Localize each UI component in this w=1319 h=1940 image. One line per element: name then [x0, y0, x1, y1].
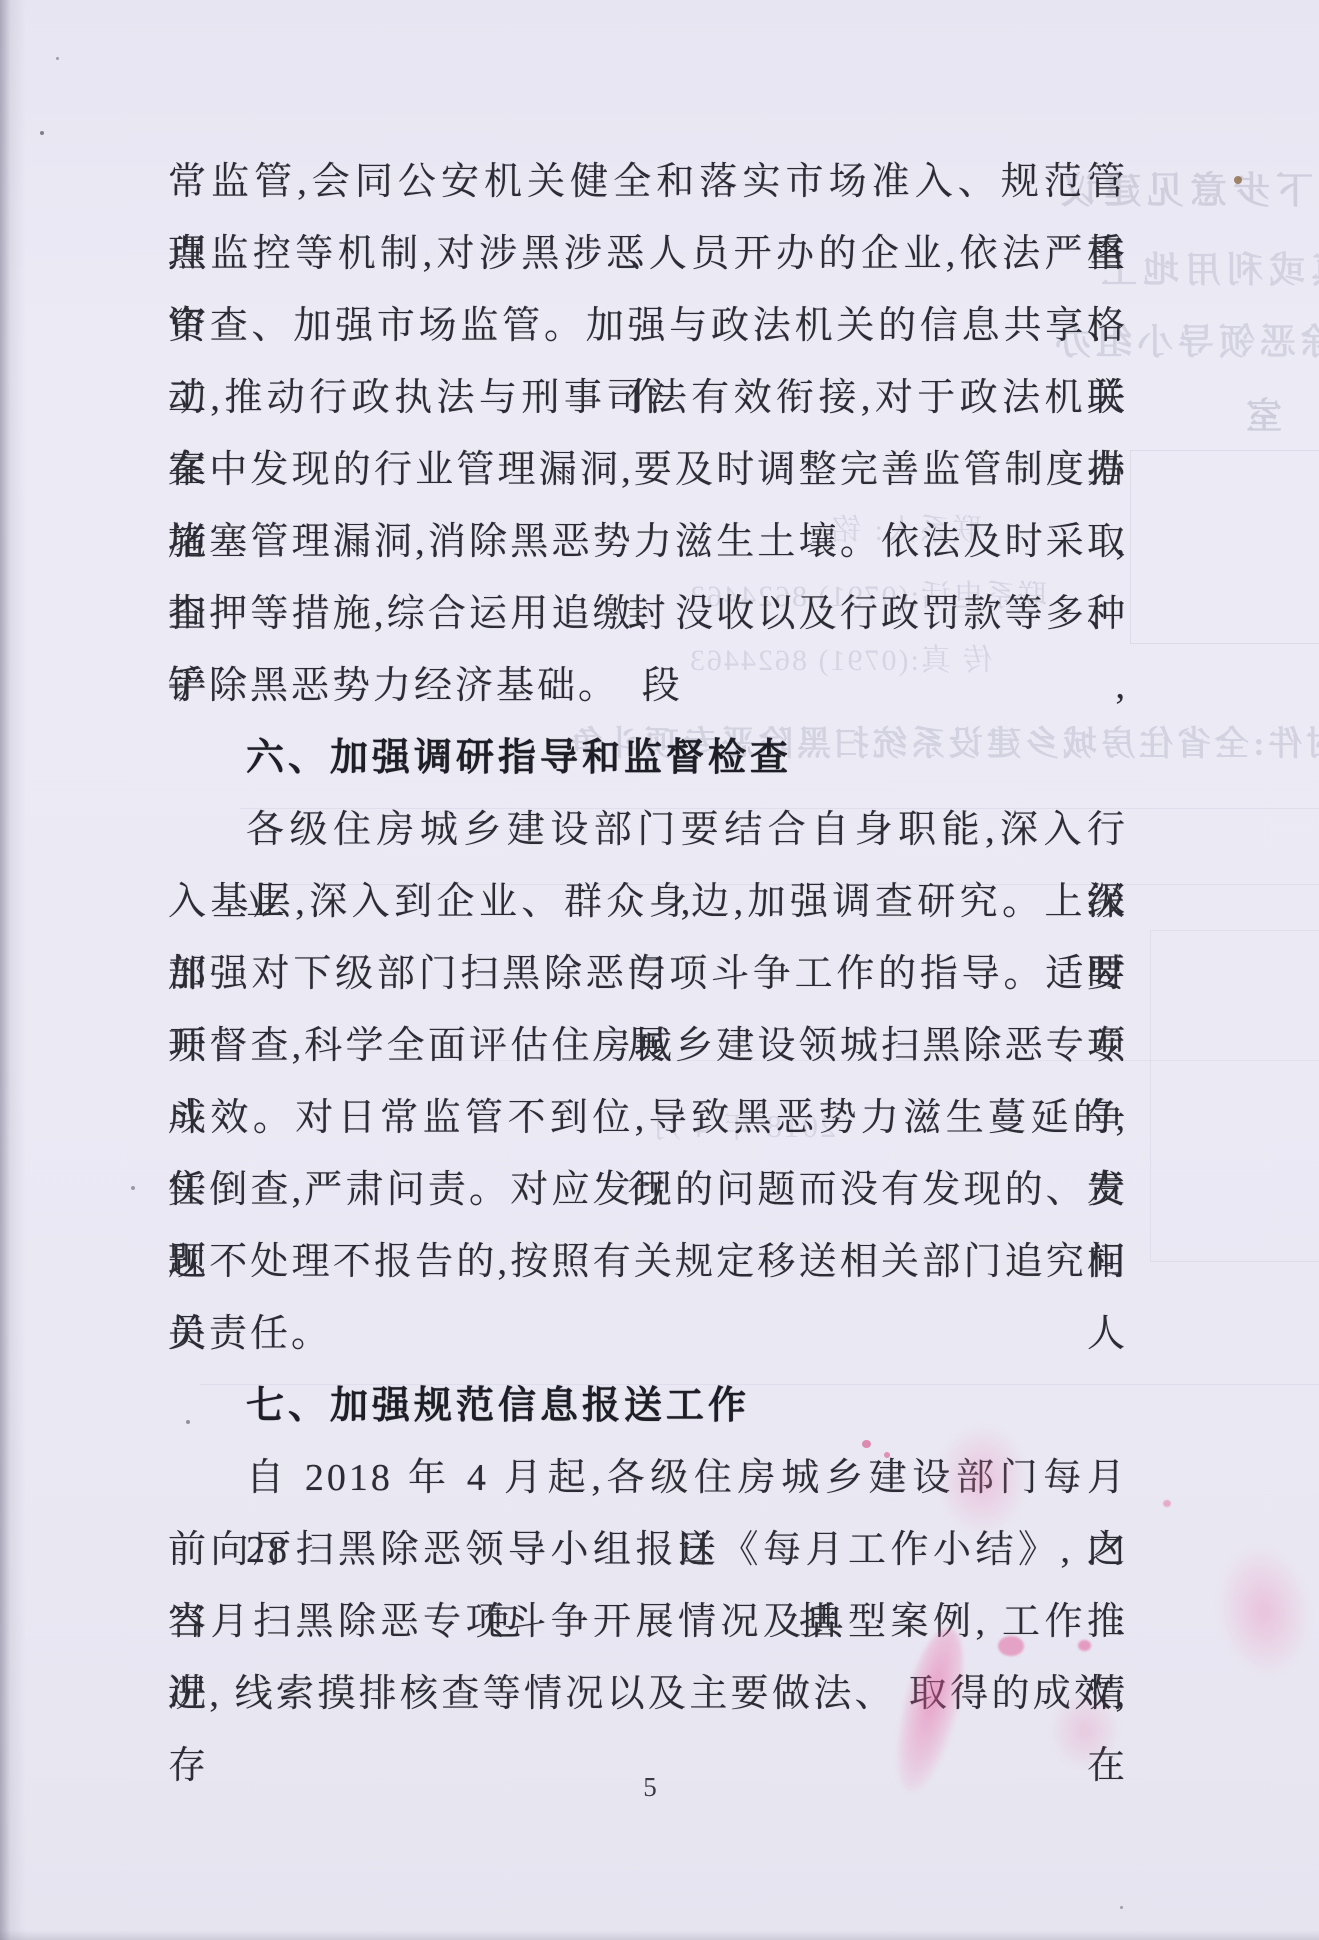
scan-edge-shadow: [0, 1930, 1319, 1940]
page-number: 5: [0, 1772, 1300, 1803]
scan-speck: [131, 1186, 135, 1190]
text-line: 各级住房城乡建设部门要结合自身职能,深入行业,深: [168, 794, 1128, 866]
scan-speck: [186, 1420, 190, 1424]
text-line: 自 2018 年 4 月起,各级住房城乡建设部门每月 28 日之: [168, 1442, 1128, 1514]
bleed-through-fragment: 室: [1246, 388, 1282, 439]
text-line: 扣押等措施,综合运用追缴、没收以及行政罚款等多种手段,: [168, 578, 1128, 650]
scan-speck: [56, 57, 59, 60]
scanned-document-page: 的问题、下步意见建议真或利用地上报厅扫黑除恶领导小组办室联系人: 铭联系电话:(…: [0, 0, 1319, 1940]
pink-ink-speck: [1163, 1500, 1171, 1507]
scan-speck: [1120, 1906, 1123, 1909]
bleed-table-outline: [1150, 930, 1319, 1262]
section-heading: 六、加强调研指导和监督检查: [168, 722, 1128, 794]
text-line: 项督查,科学全面评估住房城乡建设领城扫黑除恶专项斗争: [168, 1010, 1128, 1082]
text-line: 任倒查,严肃问责。对应发现的问题而没有发现的、发现问: [168, 1154, 1128, 1226]
text-line: 动,推动行政执法与刑事司法有效衔接,对于政法机关在办: [168, 362, 1128, 434]
text-line: 加强对下级部门扫黑除恶专项斗争工作的指导。适时开展专: [168, 938, 1128, 1010]
scan-speck: [40, 131, 44, 135]
text-line: 常监管,会同公安机关健全和落实市场准入、规范管理、重: [168, 146, 1128, 218]
text-line: 堵塞管理漏洞,消除黑恶势力滋生土壤。依法及时采取查封、: [168, 506, 1128, 578]
bleed-table-outline: [1130, 450, 1319, 644]
text-line: 审查、加强市场监管。加强与政法机关的信息共享、工作联: [168, 290, 1128, 362]
text-line: 点监控等机制,对涉黑涉恶人员开办的企业,依法严格资格: [168, 218, 1128, 290]
scan-speck: [1234, 176, 1242, 184]
text-line: 案中发现的行业管理漏洞,要及时调整完善监管制度措施,: [168, 434, 1128, 506]
pink-ink-stain: [1209, 1539, 1318, 1683]
text-line: 入基层,深入到企业、群众身边,加强调查研究。上级部门要: [168, 866, 1128, 938]
text-line: 当月扫黑除恶专项斗争开展情况及典型案例, 工作推进情: [168, 1586, 1128, 1658]
document-body: 常监管,会同公安机关健全和落实市场准入、规范管理、重点监控等机制,对涉黑涉恶人员…: [168, 146, 1128, 1730]
text-line: 成效。对日常监管不到位,导致黑恶势力滋生蔓延的,实行责: [168, 1082, 1128, 1154]
section-heading: 七、加强规范信息报送工作: [168, 1370, 1128, 1442]
bleed-through-fragment: 真或利用地上: [1095, 242, 1319, 293]
text-line: 前向厅扫黑除恶领导小组报送《每月工作小结》, 内容包括:: [168, 1514, 1128, 1586]
scan-edge-shadow: [0, 0, 26, 1940]
text-line: 题不处理不报告的,按照有关规定移送相关部门追究相关人: [168, 1226, 1128, 1298]
text-line: 况, 线索摸排核查等情况以及主要做法、 取得的成效, 存在: [168, 1658, 1128, 1730]
